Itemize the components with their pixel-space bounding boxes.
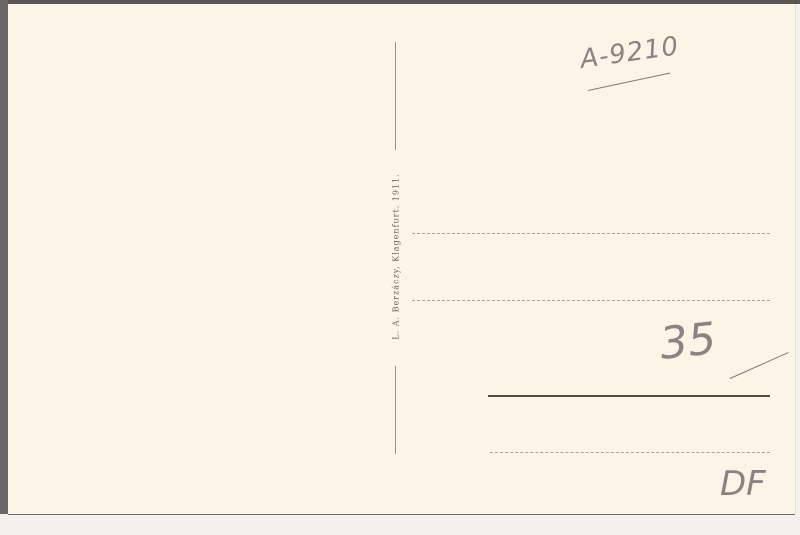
scanner-edge-left (0, 0, 8, 515)
handwritten-initials: DF (720, 464, 766, 504)
address-line-1 (412, 233, 770, 234)
scanner-edge-bottom (0, 514, 800, 535)
divider-line-bottom (395, 366, 396, 454)
publisher-imprint-text: L. A. Berzáczy, Klagenfurt. 1911. (392, 173, 401, 339)
reference-underline (588, 73, 670, 91)
handwritten-price: 35 (657, 313, 718, 370)
divider-line-top (395, 42, 396, 150)
postcard-back: L. A. Berzáczy, Klagenfurt. 1911. A-9210… (8, 4, 795, 514)
address-line-2 (412, 300, 770, 301)
price-flourish (730, 352, 789, 379)
address-line-4 (490, 452, 770, 453)
address-line-3 (488, 395, 770, 397)
publisher-imprint: L. A. Berzáczy, Klagenfurt. 1911. (389, 156, 403, 356)
handwritten-reference: A-9210 (578, 31, 681, 75)
